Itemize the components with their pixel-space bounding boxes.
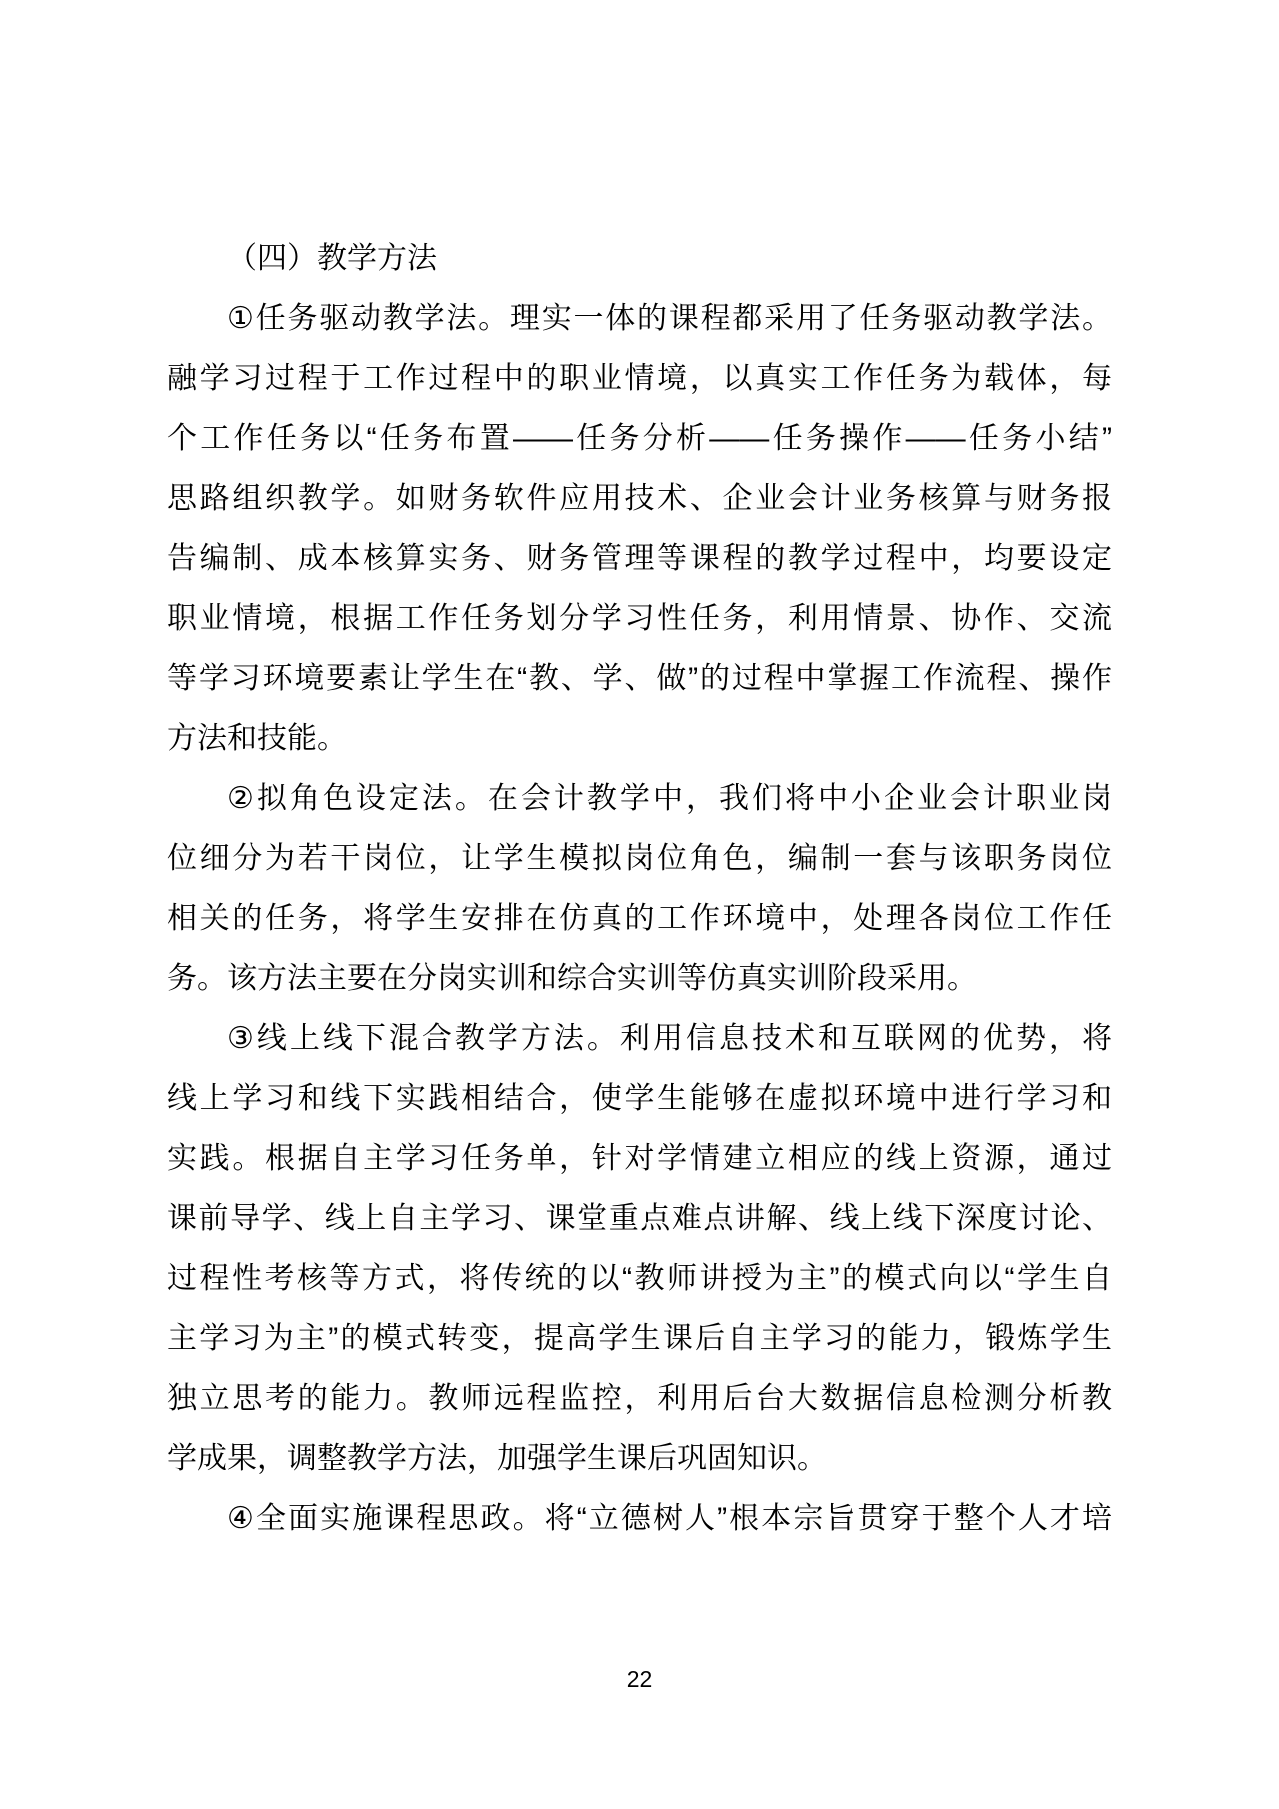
text-line: 学成果，调整教学方法，加强学生课后巩固知识。 [167, 1429, 1112, 1489]
page-number: 22 [627, 1666, 653, 1692]
text-line: 相关的任务，将学生安排在仿真的工作环境中，处理各岗位工作任 [167, 889, 1112, 949]
text-line: 务。该方法主要在分岗实训和综合实训等仿真实训阶段采用。 [167, 949, 1112, 1009]
text-line: 思路组织教学。如财务软件应用技术、企业会计业务核算与财务报 [167, 469, 1112, 529]
document-page: （四）教学方法 ①任务驱动教学法。理实一体的课程都采用了任务驱动教学法。融学习过… [0, 0, 1279, 1809]
text-line: 实践。根据自主学习任务单，针对学情建立相应的线上资源，通过 [167, 1129, 1112, 1189]
text-line: 融学习过程于工作过程中的职业情境，以真实工作任务为载体，每 [167, 349, 1112, 409]
section-heading: （四）教学方法 [167, 229, 1112, 289]
text-line: 告编制、成本核算实务、财务管理等课程的教学过程中，均要设定 [167, 529, 1112, 589]
text-line: 职业情境，根据工作任务划分学习性任务，利用情景、协作、交流 [167, 589, 1112, 649]
text-line: 等学习环境要素让学生在“教、学、做”的过程中掌握工作流程、操作 [167, 649, 1112, 709]
text-line: 主学习为主”的模式转变，提高学生课后自主学习的能力，锻炼学生 [167, 1309, 1112, 1369]
text-line: ③线上线下混合教学方法。利用信息技术和互联网的优势，将 [167, 1009, 1112, 1069]
text-line: 课前导学、线上自主学习、课堂重点难点讲解、线上线下深度讨论、 [167, 1189, 1112, 1249]
page-footer: 22 [0, 1665, 1279, 1693]
text-line: ①任务驱动教学法。理实一体的课程都采用了任务驱动教学法。 [167, 289, 1112, 349]
text-line: 独立思考的能力。教师远程监控，利用后台大数据信息检测分析教 [167, 1369, 1112, 1429]
text-line: 个工作任务以“任务布置——任务分析——任务操作——任务小结” [167, 409, 1112, 469]
text-line: 过程性考核等方式，将传统的以“教师讲授为主”的模式向以“学生自 [167, 1249, 1112, 1309]
document-body: （四）教学方法 ①任务驱动教学法。理实一体的课程都采用了任务驱动教学法。融学习过… [167, 229, 1112, 1549]
text-line: 方法和技能。 [167, 709, 1112, 769]
text-line: ②拟角色设定法。在会计教学中，我们将中小企业会计职业岗 [167, 769, 1112, 829]
text-line: ④全面实施课程思政。将“立德树人”根本宗旨贯穿于整个人才培 [167, 1489, 1112, 1549]
text-line: 线上学习和线下实践相结合，使学生能够在虚拟环境中进行学习和 [167, 1069, 1112, 1129]
text-line: 位细分为若干岗位，让学生模拟岗位角色，编制一套与该职务岗位 [167, 829, 1112, 889]
